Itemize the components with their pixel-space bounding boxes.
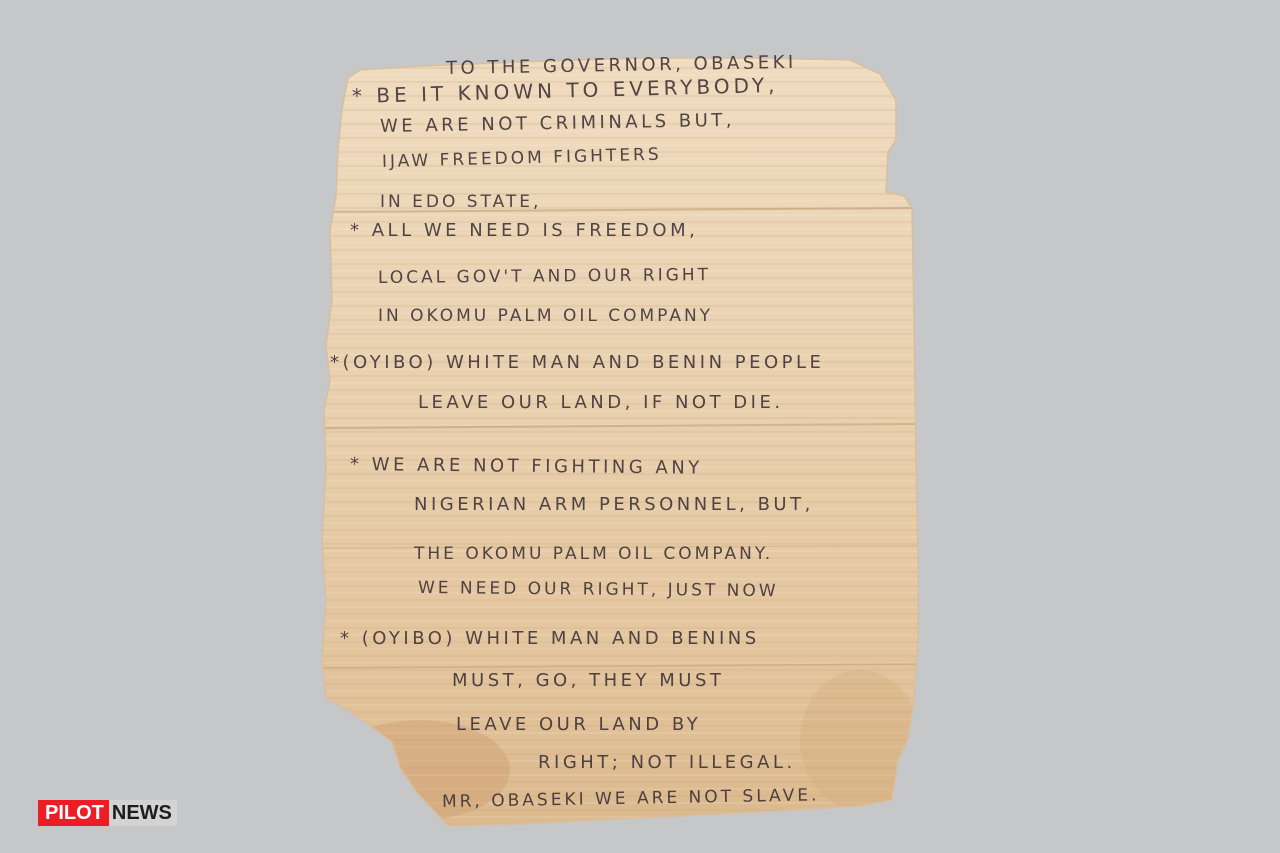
logo-pilot: PILOT [38, 800, 109, 826]
logo-news: NEWS [109, 800, 177, 826]
photo-stage: TO THE GOVERNOR, OBASEKI * BE IT KNOWN T… [0, 0, 1280, 853]
pilot-news-logo: PILOT NEWS [38, 800, 177, 826]
cardboard-sheet [0, 0, 1280, 853]
